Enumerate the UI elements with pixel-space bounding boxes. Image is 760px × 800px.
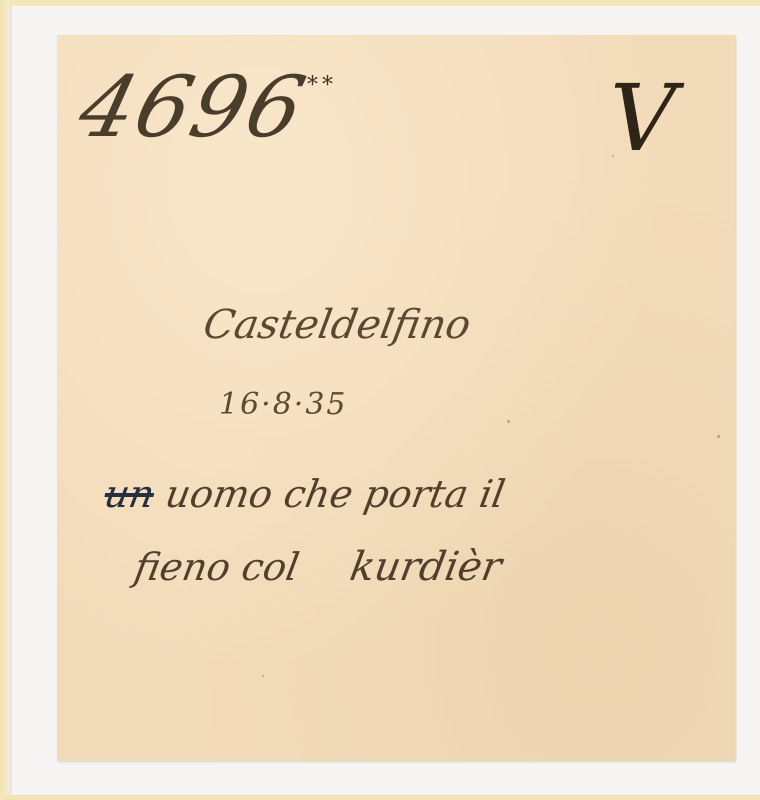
catalog-number: 4696 <box>72 65 315 149</box>
collection-date: 16·8·35 <box>219 390 348 420</box>
catalog-star-marks: ** <box>307 75 337 97</box>
paper-speck <box>262 675 264 677</box>
paper-speck <box>507 420 510 423</box>
mount-edge-top <box>0 0 760 6</box>
description-line-2: fieno col kurdièr <box>131 547 504 587</box>
locality: Casteldelfino <box>200 305 473 345</box>
description-text: uomo che porta il <box>162 472 508 516</box>
description-text: fieno col <box>131 545 302 589</box>
specimen-label-card: 4696 ** V Casteldelfino 16·8·35 un uomo … <box>57 35 735 761</box>
paper-speck <box>717 435 720 438</box>
description-line-1: un uomo che porta il <box>102 475 508 513</box>
mount-edge-bottom <box>0 795 760 800</box>
section-mark: V <box>599 73 685 165</box>
mount-shadow <box>9 6 12 800</box>
mount-edge-left <box>0 0 9 800</box>
dialect-term: kurdièr <box>347 544 505 590</box>
struck-word: un <box>101 472 158 516</box>
